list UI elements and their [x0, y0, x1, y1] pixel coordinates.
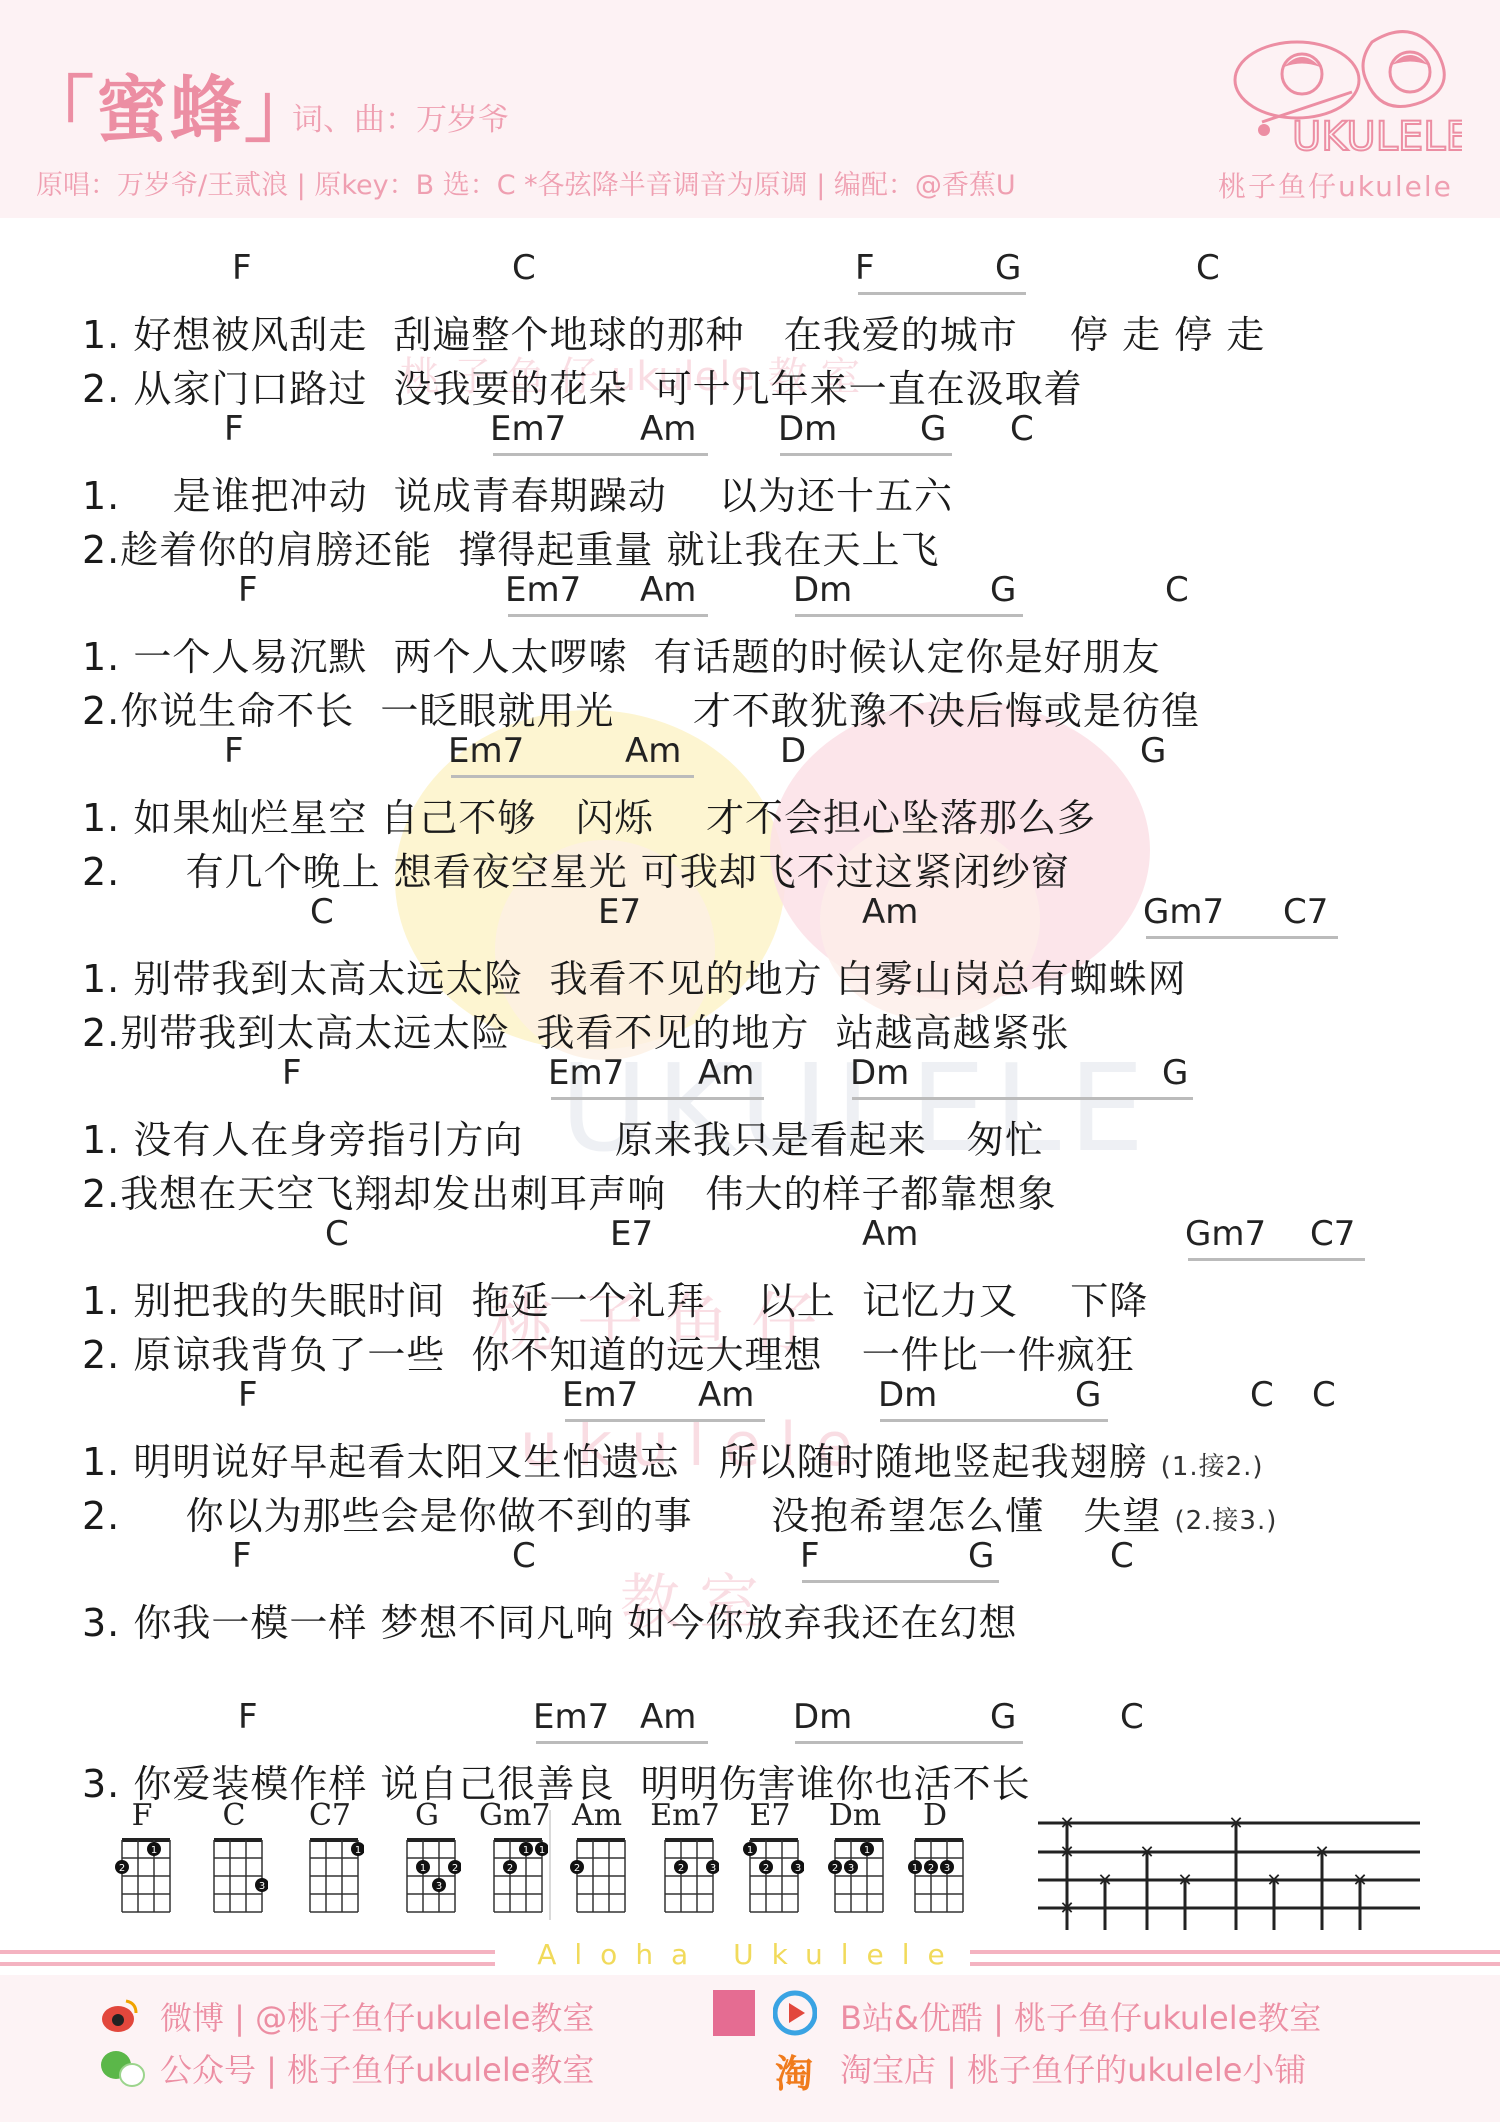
fretboard-icon: 123: [825, 1836, 889, 1926]
chord-label: C: [1110, 1536, 1134, 1576]
weibo-icon: [100, 1995, 140, 2035]
chord-diagram-name: E7: [735, 1798, 805, 1833]
song-meta: 原唱：万岁爷/王贰浪 | 原key：B 选：C *各弦降半音调音为原调 | 编配…: [36, 163, 1016, 202]
chord-group-underline: [795, 614, 1023, 617]
lyric-text: 2. 你以为那些会是你做不到的事 没抱希望怎么懂 失望: [82, 1494, 1161, 1538]
chord-label: G: [1075, 1375, 1101, 1415]
lyric-line: 3. 你我一模一样 梦想不同凡响 如今你放弃我还在幻想: [82, 1592, 1018, 1647]
chord-label: Em7: [505, 570, 581, 610]
chord-diagram-name: Gm7: [479, 1798, 549, 1833]
taobao-link[interactable]: 淘宝店 | 桃子鱼仔的ukulele小铺: [840, 2045, 1306, 2091]
chord-label: C: [1250, 1375, 1274, 1415]
lyric-line: 1. 明明说好早起看太阳又生怕遗忘 所以随时随地竖起我翅膀 (1.接2.): [82, 1431, 1264, 1486]
repeat-note: (2.接3.): [1174, 1506, 1277, 1536]
svg-text:2: 2: [678, 1863, 684, 1874]
chord-label: Am: [625, 731, 681, 771]
lyric-line: 1. 是谁把冲动 说成青春期躁动 以为还十五六: [82, 465, 953, 520]
chord-label: G: [1162, 1053, 1188, 1093]
chord-label: F: [855, 248, 875, 288]
svg-text:3: 3: [259, 1881, 265, 1892]
chord-diagram-name: Dm: [820, 1798, 890, 1833]
chord-label: G: [968, 1536, 994, 1576]
fretboard-icon: 3: [204, 1836, 268, 1926]
chord-diagram-name: Em7: [650, 1798, 720, 1833]
chord-label: C7: [1310, 1214, 1355, 1254]
chord-label: Em7: [490, 409, 566, 449]
lyric-line: 1. 一个人易沉默 两个人太啰嗦 有话题的时候认定你是好朋友: [82, 626, 1161, 681]
repeat-note: (1.接2.): [1161, 1452, 1264, 1482]
lyric-text: 2.我想在天空飞翔却发出刺耳声响 伟大的样子都靠想象: [82, 1172, 1057, 1216]
svg-text:1: 1: [523, 1845, 529, 1856]
lyric-line: 1. 别把我的失眠时间 拖延一个礼拜 以上 记忆力又 下降: [82, 1270, 1148, 1325]
svg-text:1: 1: [747, 1845, 753, 1856]
song-title: 「蜜蜂」: [22, 52, 318, 156]
chord-label: C: [1120, 1697, 1144, 1737]
lyric-line: 2. 从家门口路过 没我要的花朵 可十几年来一直在汲取着: [82, 358, 1083, 413]
chord-label: Am: [698, 1053, 754, 1093]
chord-label: Am: [640, 409, 696, 449]
chord-label: C: [1165, 570, 1189, 610]
chord-label: Em7: [533, 1697, 609, 1737]
svg-text:1: 1: [539, 1845, 545, 1856]
song-section: FEm7AmDmG1. 没有人在身旁指引方向 原来我只是看起来 匆忙2.我想在天…: [0, 1053, 1500, 1213]
header: 「蜜蜂」 词、曲：万岁爷 原唱：万岁爷/王贰浪 | 原key：B 选：C *各弦…: [0, 0, 1500, 218]
chord-label: E7: [610, 1214, 653, 1254]
lyric-text: 1. 一个人易沉默 两个人太啰嗦 有话题的时候认定你是好朋友: [82, 635, 1161, 679]
svg-text:2: 2: [832, 1863, 838, 1874]
wechat-icon: [100, 2047, 146, 2091]
lyric-line: 2. 原谅我背负了一些 你不知道的远大理想 一件比一件疯狂: [82, 1324, 1135, 1379]
chord-label: Em7: [548, 1053, 624, 1093]
svg-text:✕: ✕: [1314, 1842, 1329, 1863]
song-section: FEm7AmDmGCC1. 明明说好早起看太阳又生怕遗忘 所以随时随地竖起我翅膀…: [0, 1375, 1500, 1535]
chord-label: Am: [640, 570, 696, 610]
chord-label: F: [238, 1697, 258, 1737]
chord-diagram-name: G: [392, 1798, 462, 1833]
svg-text:1: 1: [151, 1845, 157, 1856]
chord-group-underline: [508, 614, 708, 617]
svg-text:✕: ✕: [1059, 1898, 1074, 1919]
chord-label: C: [1196, 248, 1220, 288]
chord-group-underline: [780, 453, 952, 456]
chord-label: G: [1140, 731, 1166, 771]
chord-label: Am: [862, 1214, 918, 1254]
song-section: FEm7AmDmGC1. 一个人易沉默 两个人太啰嗦 有话题的时候认定你是好朋友…: [0, 570, 1500, 730]
chord-group-underline: [802, 1580, 999, 1583]
svg-text:1: 1: [355, 1845, 361, 1856]
fretboard-icon: 23: [655, 1836, 719, 1926]
song-section: CE7AmGm7C71. 别把我的失眠时间 拖延一个礼拜 以上 记忆力又 下降2…: [0, 1214, 1500, 1374]
song-section: FEm7AmDmGC1. 是谁把冲动 说成青春期躁动 以为还十五六2.趁着你的肩…: [0, 409, 1500, 569]
lyric-line: 2.趁着你的肩膀还能 撑得起重量 就让我在天上飞: [82, 519, 940, 574]
svg-text:1: 1: [420, 1863, 426, 1874]
fretboard-icon: 1: [300, 1836, 364, 1926]
lyric-text: 1. 别带我到太高太远太险 我看不见的地方 白雾山岗总有蜘蛛网: [82, 957, 1187, 1001]
fretboard-icon: 123: [905, 1836, 969, 1926]
chord-label: Dm: [850, 1053, 909, 1093]
svg-text:UKULELE: UKULELE: [1292, 114, 1462, 157]
chord-group-underline: [451, 775, 694, 778]
chord-diagram-name: F: [107, 1798, 177, 1833]
lyric-line: 2. 你以为那些会是你做不到的事 没抱希望怎么懂 失望 (2.接3.): [82, 1485, 1277, 1540]
lyric-line: 2.你说生命不长 一眨眼就用光 才不敢犹豫不决后悔或是彷徨: [82, 680, 1200, 735]
taobao-icon: 淘: [775, 2043, 813, 2098]
strum-pattern-icon: ✕✕✕ ✕✕✕ ✕✕✕✕: [1030, 1800, 1450, 1930]
lyric-line: 2.我想在天空飞翔却发出刺耳声响 伟大的样子都靠想象: [82, 1163, 1057, 1218]
chord-group-underline: [551, 1097, 764, 1100]
aloha-ukulele-banner: Aloha Ukulele: [0, 1938, 1500, 1971]
chord-diagram-name: C7: [295, 1798, 365, 1833]
fretboard-icon: 2: [567, 1836, 631, 1926]
lyric-line: 1. 别带我到太高太远太险 我看不见的地方 白雾山岗总有蜘蛛网: [82, 948, 1187, 1003]
lyric-text: 2.别带我到太高太远太险 我看不见的地方 站越高越紧张: [82, 1011, 1070, 1055]
youku-play-icon: [773, 1990, 817, 2036]
chord-diagram-name: C: [199, 1798, 269, 1833]
chord-label: Am: [640, 1697, 696, 1737]
footer: 微博 | @桃子鱼仔ukulele教室 公众号 | 桃子鱼仔ukulele教室 …: [0, 1975, 1500, 2122]
svg-text:1: 1: [912, 1863, 918, 1874]
svg-text:2: 2: [452, 1863, 458, 1874]
chord-group-underline: [565, 1419, 765, 1422]
svg-text:3: 3: [795, 1863, 801, 1874]
lyric-text: 1. 没有人在身旁指引方向 原来我只是看起来 匆忙: [82, 1118, 1044, 1162]
svg-text:3: 3: [436, 1881, 442, 1892]
chord-label: C7: [1283, 892, 1328, 932]
chord-label: F: [232, 1536, 252, 1576]
chord-diagram-name: Am: [562, 1798, 632, 1833]
chord-label: Am: [862, 892, 918, 932]
svg-text:2: 2: [507, 1863, 513, 1874]
svg-text:✕: ✕: [1266, 1870, 1281, 1891]
bilibili-icon: [713, 1990, 755, 2036]
chord-group-underline: [1188, 1258, 1365, 1261]
svg-text:✕: ✕: [1352, 1870, 1367, 1891]
ukulele-logo-icon: UKULELE: [1222, 22, 1462, 157]
chord-label: C: [310, 892, 334, 932]
chord-label: F: [224, 409, 244, 449]
lyric-text: 2.趁着你的肩膀还能 撑得起重量 就让我在天上飞: [82, 528, 940, 572]
lyric-text: 2. 原谅我背负了一些 你不知道的远大理想 一件比一件疯狂: [82, 1333, 1135, 1377]
svg-text:✕: ✕: [1177, 1870, 1192, 1891]
chord-label: Gm7: [1185, 1214, 1266, 1254]
fretboard-icon: 123: [740, 1836, 804, 1926]
wechat-link[interactable]: 公众号 | 桃子鱼仔ukulele教室: [160, 2045, 594, 2091]
chord-label: C: [1312, 1375, 1336, 1415]
lyric-text: 2. 从家门口路过 没我要的花朵 可十几年来一直在汲取着: [82, 367, 1083, 411]
chord-group-underline: [858, 292, 1026, 295]
chord-label: F: [800, 1536, 820, 1576]
chord-group-underline: [880, 1419, 1108, 1422]
lyric-line: 1. 没有人在身旁指引方向 原来我只是看起来 匆忙: [82, 1109, 1044, 1164]
svg-text:3: 3: [710, 1863, 716, 1874]
chord-label: C: [512, 1536, 536, 1576]
chord-label: G: [990, 570, 1016, 610]
chord-label: F: [238, 570, 258, 610]
lyric-text: 1. 如果灿烂星空 自己不够 闪烁 才不会担心坠落那么多: [82, 796, 1096, 840]
song-section: FEm7AmDG1. 如果灿烂星空 自己不够 闪烁 才不会担心坠落那么多2. 有…: [0, 731, 1500, 891]
lyric-text: 3. 你我一模一样 梦想不同凡响 如今你放弃我还在幻想: [82, 1601, 1018, 1645]
chord-label: Dm: [878, 1375, 937, 1415]
song-section: CE7AmGm7C71. 别带我到太高太远太险 我看不见的地方 白雾山岗总有蜘蛛…: [0, 892, 1500, 1052]
song-section: FCFGC3. 你我一模一样 梦想不同凡响 如今你放弃我还在幻想: [0, 1536, 1500, 1696]
lyric-text: 2. 有几个晚上 想看夜空星光 可我却飞不过这紧闭纱窗: [82, 850, 1070, 894]
fretboard-icon: 123: [397, 1836, 461, 1926]
svg-text:✕: ✕: [1059, 1842, 1074, 1863]
bilibili-youku-link[interactable]: B站&优酷 | 桃子鱼仔ukulele教室: [840, 1993, 1321, 2039]
chord-label: C: [325, 1214, 349, 1254]
fretboard-icon: 12: [112, 1836, 176, 1926]
diagram-divider: [549, 1810, 551, 1920]
chord-label: G: [995, 248, 1021, 288]
chord-label: G: [990, 1697, 1016, 1737]
chord-label: Em7: [448, 731, 524, 771]
chord-group-underline: [852, 1097, 1193, 1100]
chord-label: Gm7: [1143, 892, 1224, 932]
brand-name: 桃子鱼仔ukulele: [1218, 165, 1453, 205]
lyric-text: 1. 是谁把冲动 说成青春期躁动 以为还十五六: [82, 474, 953, 518]
chord-label: E7: [598, 892, 641, 932]
svg-text:✕: ✕: [1139, 1842, 1154, 1863]
svg-text:2: 2: [119, 1863, 125, 1874]
chord-group-underline: [795, 1741, 1023, 1744]
chord-diagrams: F12C3C71G123Gm7112Am2Em723E7123Dm123D123: [0, 1790, 1000, 1930]
lyric-text: 2.你说生命不长 一眨眼就用光 才不敢犹豫不决后悔或是彷徨: [82, 689, 1200, 733]
chord-group-underline: [1146, 936, 1338, 939]
chord-label: D: [780, 731, 806, 771]
chord-label: Dm: [793, 1697, 852, 1737]
svg-text:✕: ✕: [1059, 1813, 1074, 1834]
lyric-line: 2. 有几个晚上 想看夜空星光 可我却飞不过这紧闭纱窗: [82, 841, 1070, 896]
chord-label: Em7: [562, 1375, 638, 1415]
svg-text:2: 2: [928, 1863, 934, 1874]
fretboard-icon: 112: [484, 1836, 548, 1926]
song-section: FCFGC1. 好想被风刮走 刮遍整个地球的那种 在我爱的城市 停 走 停 走2…: [0, 248, 1500, 408]
chord-label: F: [282, 1053, 302, 1093]
chord-label: Dm: [778, 409, 837, 449]
lyric-line: 1. 如果灿烂星空 自己不够 闪烁 才不会担心坠落那么多: [82, 787, 1096, 842]
chord-label: C: [512, 248, 536, 288]
lyric-text: 1. 好想被风刮走 刮遍整个地球的那种 在我爱的城市 停 走 停 走: [82, 313, 1265, 357]
chord-label: F: [238, 1375, 258, 1415]
chord-diagram-name: D: [900, 1798, 970, 1833]
chord-group-underline: [536, 1741, 708, 1744]
svg-text:✕: ✕: [1097, 1870, 1112, 1891]
chord-label: G: [920, 409, 946, 449]
lyric-text: 1. 明明说好早起看太阳又生怕遗忘 所以随时随地竖起我翅膀: [82, 1440, 1148, 1484]
chord-label: Am: [698, 1375, 754, 1415]
lyric-line: 2.别带我到太高太远太险 我看不见的地方 站越高越紧张: [82, 1002, 1070, 1057]
song-credits: 词、曲：万岁爷: [292, 94, 509, 139]
svg-text:3: 3: [944, 1863, 950, 1874]
svg-text:1: 1: [864, 1845, 870, 1856]
chord-label: F: [224, 731, 244, 771]
svg-text:2: 2: [574, 1863, 580, 1874]
chord-label: F: [232, 248, 252, 288]
chord-label: Dm: [793, 570, 852, 610]
chord-label: C: [1010, 409, 1034, 449]
svg-text:3: 3: [848, 1863, 854, 1874]
chord-group-underline: [493, 453, 708, 456]
weibo-link[interactable]: 微博 | @桃子鱼仔ukulele教室: [160, 1993, 594, 2039]
lyric-line: 1. 好想被风刮走 刮遍整个地球的那种 在我爱的城市 停 走 停 走: [82, 304, 1265, 359]
lyric-text: 1. 别把我的失眠时间 拖延一个礼拜 以上 记忆力又 下降: [82, 1279, 1148, 1323]
svg-text:✕: ✕: [1228, 1813, 1243, 1834]
svg-text:2: 2: [763, 1863, 769, 1874]
